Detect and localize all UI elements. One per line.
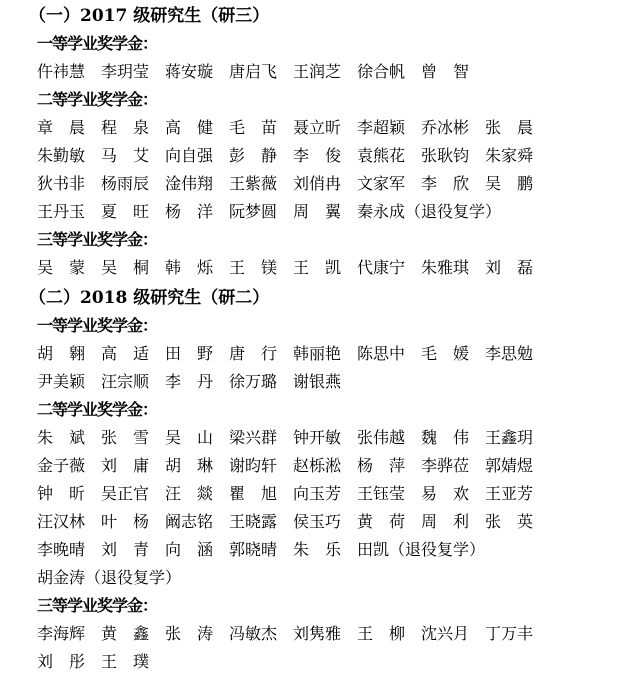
recipient-name: 吴山 [165,424,213,452]
recipient-name: 向涵 [165,536,213,564]
name-row: 狄书非杨雨辰淦伟翔王紫薇刘俏冉文家军李欣吴鹏 [37,170,621,198]
recipient-name: 王柳 [357,620,405,648]
recipient-name: 王鑫玥 [485,424,533,452]
name-row: 仵祎慧李玥莹蒋安璇唐启飞王润芝徐合帆曾智 [37,58,621,86]
recipient-name: 叶杨 [101,508,149,536]
section-title: （一）2017 级研究生（研三） [29,2,621,30]
recipient-name: 聂立昕 [293,114,341,142]
recipient-name: 侯玉巧 [293,508,341,536]
recipient-name: 李超颖 [357,114,405,142]
recipient-name: 朱斌 [37,424,85,452]
recipient-name: 彭静 [229,142,277,170]
recipient-name: 汪燚 [165,480,213,508]
recipient-name: 向自强 [165,142,213,170]
recipient-name: 唐行 [229,340,277,368]
name-row: 胡翱高适田野唐行韩丽艳陈思中毛媛李思勉 [37,340,621,368]
recipient-name: 黄荷 [357,508,405,536]
recipient-name: 周翼 [293,198,341,226]
recipient-name: 徐万璐 [229,368,277,396]
recipient-name: 钟开敏 [293,424,341,452]
recipient-name: 易欢 [421,480,469,508]
recipient-name: 夏旺 [101,198,149,226]
recipient-name: 王亚芳 [485,480,533,508]
recipient-name: 沈兴月 [421,620,469,648]
recipient-name: 淦伟翔 [165,170,213,198]
recipient-name: 秦永成（退役复学） [357,198,501,226]
recipient-name: 张晨 [485,114,533,142]
recipient-name: 吴桐 [101,254,149,282]
recipient-name: 丁万丰 [485,620,533,648]
recipient-name: 朱勤敏 [37,142,85,170]
recipient-name: 瞿旭 [229,480,277,508]
recipient-name: 朱乐 [293,536,341,564]
recipient-name: 田野 [165,340,213,368]
tier-title: 二等学业奖学金： [37,86,621,114]
recipient-name: 汪宗顺 [101,368,149,396]
recipient-name: 毛苗 [229,114,277,142]
name-row: 尹美颖汪宗顺李丹徐万璐谢银燕 [37,368,621,396]
recipient-name: 刘庸 [101,452,149,480]
recipient-name: 李骅莅 [421,452,469,480]
tier-title: 二等学业奖学金： [37,396,621,424]
recipient-name: 田凯（退役复学） [357,536,485,564]
recipient-name: 谢昀轩 [229,452,277,480]
tier-title: 一等学业奖学金： [37,312,621,340]
recipient-name: 魏伟 [421,424,469,452]
recipient-name: 向玉芳 [293,480,341,508]
recipient-name: 文家军 [357,170,405,198]
recipient-name: 李欣 [421,170,469,198]
recipient-name: 王晓露 [229,508,277,536]
recipient-name: 郭晓晴 [229,536,277,564]
recipient-name: 汪汉林 [37,508,85,536]
recipient-name: 王润芝 [293,58,341,86]
recipient-name: 杨洋 [165,198,213,226]
recipient-name: 程泉 [101,114,149,142]
name-row: 王丹玉夏旺杨洋阮梦圆周翼秦永成（退役复学） [37,198,621,226]
recipient-name: 阚志铭 [165,508,213,536]
tier-title: 三等学业奖学金： [37,592,621,620]
scholarship-document: （一）2017 级研究生（研三）一等学业奖学金：仵祎慧李玥莹蒋安璇唐启飞王润芝徐… [0,2,621,675]
recipient-name: 王凯 [293,254,341,282]
name-row: 胡金涛（退役复学） [37,564,621,592]
recipient-name: 王丹玉 [37,198,85,226]
recipient-name: 李思勉 [485,340,533,368]
recipient-name: 李晚晴 [37,536,85,564]
name-row: 钟昕吴正官汪燚瞿旭向玉芳王钰莹易欢王亚芳 [37,480,621,508]
recipient-name: 刘磊 [485,254,533,282]
recipient-name: 王紫薇 [229,170,277,198]
name-row: 李晚晴刘青向涵郭晓晴朱乐田凯（退役复学） [37,536,621,564]
recipient-name: 杨萍 [357,452,405,480]
recipient-name: 吴正官 [101,480,149,508]
name-row: 吴蒙吴桐韩烁王镁王凯代康宁朱雅琪刘磊 [37,254,621,282]
recipient-name: 杨雨辰 [101,170,149,198]
recipient-name: 钟昕 [37,480,85,508]
recipient-name: 张伟越 [357,424,405,452]
recipient-name: 阮梦圆 [229,198,277,226]
recipient-name: 徐合帆 [357,58,405,86]
recipient-name: 狄书非 [37,170,85,198]
recipient-name: 李海辉 [37,620,85,648]
tier-title: 一等学业奖学金： [37,30,621,58]
recipient-name: 蒋安璇 [165,58,213,86]
recipient-name: 陈思中 [357,340,405,368]
recipient-name: 韩烁 [165,254,213,282]
recipient-name: 李俊 [293,142,341,170]
recipient-name: 唐启飞 [229,58,277,86]
recipient-name: 李玥莹 [101,58,149,86]
recipient-name: 仵祎慧 [37,58,85,86]
recipient-name: 胡翱 [37,340,85,368]
name-row: 朱勤敏马艾向自强彭静李俊袁熊花张耿钧朱家舜 [37,142,621,170]
recipient-name: 张英 [485,508,533,536]
recipient-name: 胡琳 [165,452,213,480]
recipient-name: 吴鹏 [485,170,533,198]
recipient-name: 朱家舜 [485,142,533,170]
recipient-name: 吴蒙 [37,254,85,282]
recipient-name: 高适 [101,340,149,368]
recipient-name: 郭婧煜 [485,452,533,480]
recipient-name: 曾智 [421,58,469,86]
recipient-name: 代康宁 [357,254,405,282]
name-row: 金子薇刘庸胡琳谢昀轩赵栎淞杨萍李骅莅郭婧煜 [37,452,621,480]
recipient-name: 冯敏杰 [229,620,277,648]
recipient-name: 谢银燕 [293,368,341,396]
recipient-name: 尹美颖 [37,368,85,396]
recipient-name: 胡金涛（退役复学） [37,564,181,592]
tier-title: 三等学业奖学金： [37,226,621,254]
recipient-name: 韩丽艳 [293,340,341,368]
recipient-name: 张涛 [165,620,213,648]
recipient-name: 赵栎淞 [293,452,341,480]
recipient-name: 刘隽雅 [293,620,341,648]
recipient-name: 王钰莹 [357,480,405,508]
recipient-name: 刘彤 [37,648,85,675]
recipient-name: 高健 [165,114,213,142]
name-row: 刘彤王璞 [37,648,621,675]
recipient-name: 黄鑫 [101,620,149,648]
recipient-name: 章晨 [37,114,85,142]
name-row: 汪汉林叶杨阚志铭王晓露侯玉巧黄荷周利张英 [37,508,621,536]
recipient-name: 周利 [421,508,469,536]
recipient-name: 王镁 [229,254,277,282]
name-row: 章晨程泉高健毛苗聂立昕李超颖乔冰彬张晨 [37,114,621,142]
name-row: 朱斌张雪吴山梁兴群钟开敏张伟越魏伟王鑫玥 [37,424,621,452]
recipient-name: 朱雅琪 [421,254,469,282]
recipient-name: 乔冰彬 [421,114,469,142]
recipient-name: 王璞 [101,648,149,675]
recipient-name: 刘俏冉 [293,170,341,198]
recipient-name: 金子薇 [37,452,85,480]
recipient-name: 刘青 [101,536,149,564]
section-title: （二）2018 级研究生（研二） [29,284,621,312]
recipient-name: 梁兴群 [229,424,277,452]
recipient-name: 袁熊花 [357,142,405,170]
recipient-name: 张耿钧 [421,142,469,170]
recipient-name: 马艾 [101,142,149,170]
name-row: 李海辉黄鑫张涛冯敏杰刘隽雅王柳沈兴月丁万丰 [37,620,621,648]
recipient-name: 毛媛 [421,340,469,368]
recipient-name: 张雪 [101,424,149,452]
recipient-name: 李丹 [165,368,213,396]
